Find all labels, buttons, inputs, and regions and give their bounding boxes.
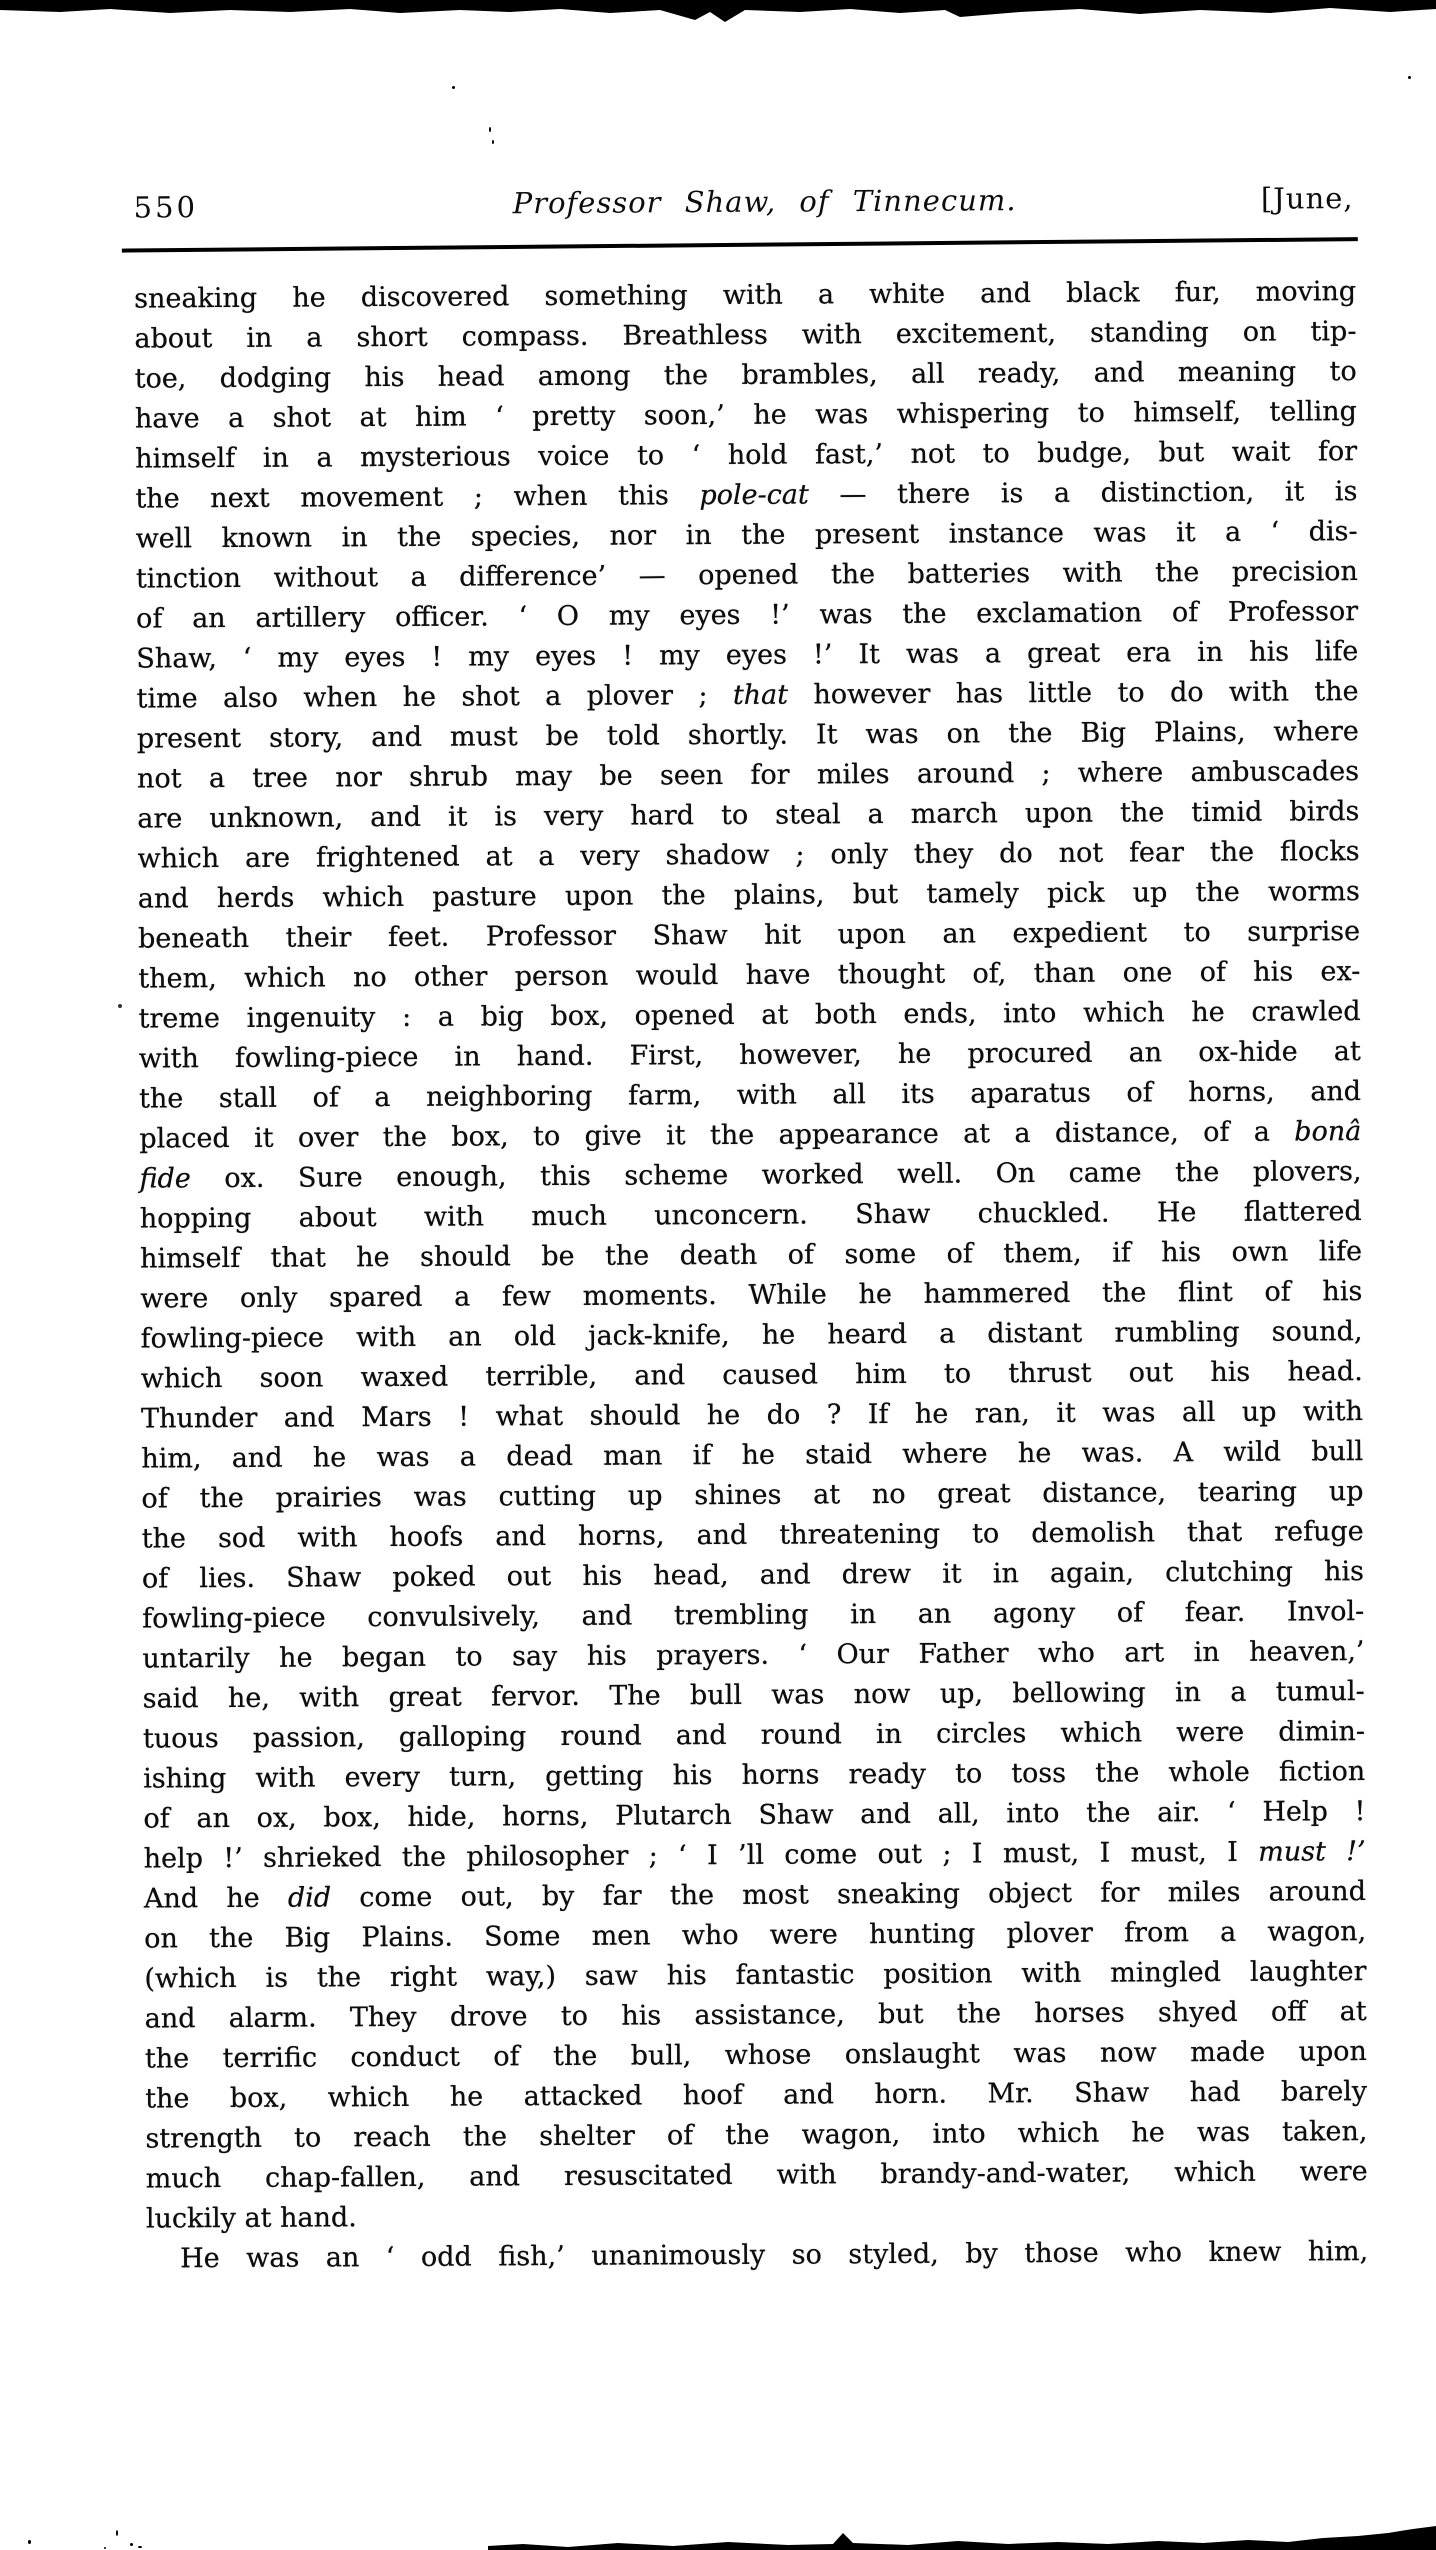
text-segment: were only spared a few moments. While he… [140,1276,1362,1314]
italic-text-segment: must !’ [1258,1836,1366,1868]
text-segment: of lies. Shaw poked out his head, and dr… [142,1556,1364,1594]
text-segment: And he [144,1883,288,1915]
text-segment: fowling-piece convulsively, and tremblin… [142,1596,1364,1634]
text-segment: sneaking he discovered something with a … [134,276,1356,314]
issue-date-label: [June, [1261,180,1354,217]
scan-speck [116,2530,118,2536]
page-header: 550 Professor Shaw, of Tinnecum. [June, [133,180,1355,227]
italic-text-segment: that [733,680,788,711]
text-segment: ishing with every turn, getting his horn… [143,1756,1365,1794]
text-segment: said he, with great fervor. The bull was… [143,1676,1365,1714]
text-segment: the terrific conduct of the bull, whose … [145,2036,1367,2074]
text-segment: beneath their feet. Professor Shaw hit u… [138,916,1360,954]
text-segment: tinction without a difference’ — opened … [136,556,1358,594]
text-segment: them, which no other person would have t… [138,956,1360,994]
text-segment: him, and he was a dead man if he staid w… [141,1436,1363,1474]
text-segment: and herds which pasture upon the plains,… [138,876,1360,914]
text-segment: He was an ‘ odd fish,’ unanimously so st… [180,2236,1368,2274]
scan-speck [489,127,491,132]
text-segment: treme ingenuity : a big box, opened at b… [138,996,1360,1034]
text-segment: Thunder and Mars ! what should he do ? I… [141,1396,1363,1434]
scan-speck [1408,76,1411,79]
text-segment: toe, dodging his head among the brambles… [135,356,1357,394]
text-segment: which are frightened at a very shadow ; … [138,836,1360,874]
text-segment: with fowling-piece in hand. First, howev… [139,1036,1361,1074]
text-segment: the sod with hoofs and horns, and threat… [142,1516,1364,1554]
text-segment: the stall of a neighboring farm, with al… [139,1076,1361,1114]
text-segment: help !’ shrieked the philosopher ; ‘ I ’… [144,1837,1259,1875]
text-segment: which soon waxed terrible, and caused hi… [141,1356,1363,1394]
text-segment: much chap-fallen, and resuscitated with … [146,2156,1368,2194]
text-segment: tuous passion, galloping round and round… [143,1716,1365,1754]
text-segment: the box, which he attacked hoof and horn… [145,2076,1367,2114]
italic-text-segment: pole-cat [699,479,809,511]
scan-speck [104,2547,106,2549]
italic-text-segment: fide [139,1163,190,1194]
text-segment: are unknown, and it is very hard to stea… [137,796,1359,834]
text-segment: of an ox, box, hide, horns, Plutarch Sha… [143,1796,1365,1834]
text-segment: himself in a mysterious voice to ‘ hold … [135,436,1357,474]
text-segment: luckily at hand. [146,2202,357,2234]
scan-speck [492,140,494,144]
text-segment: strength to reach the shelter of the wag… [145,2116,1367,2154]
page-content: 550 Professor Shaw, of Tinnecum. [June, … [0,0,1436,2550]
text-segment: (which is the right way,) saw his fantas… [144,1956,1366,1994]
text-segment: come out, by far the most sneaking objec… [331,1876,1366,1913]
running-title: Professor Shaw, of Tinnecum. [153,180,1375,223]
text-segment: well known in the species, nor in the pr… [136,516,1358,554]
body-text: sneaking he discovered something with a … [134,272,1368,2279]
text-segment: present story, and must be told shortly.… [137,716,1359,754]
body-line: much chap-fallen, and resuscitated with … [146,2152,1368,2199]
text-segment: — there is a distinction, it is [809,476,1358,510]
text-segment: Shaw, ‘ my eyes ! my eyes ! my eyes !’ I… [136,636,1358,674]
text-segment: fowling-piece with an old jack-knife, he… [140,1316,1362,1354]
text-segment: on the Big Plains. Some men who were hun… [144,1916,1366,1954]
text-segment: the next movement ; when this [135,480,699,514]
scan-speck [130,2543,133,2546]
text-segment: ox. Sure enough, this scheme worked well… [191,1156,1362,1194]
header-rule [122,237,1358,252]
text-segment: about in a short compass. Breathless wit… [134,316,1356,354]
text-segment: untarily he began to say his prayers. ‘ … [142,1636,1364,1674]
text-segment: however has little to do with the [788,676,1359,710]
text-segment: placed it over the box, to give it the a… [139,1116,1294,1154]
italic-text-segment: did [288,1882,331,1913]
scan-speck [138,2546,142,2548]
italic-text-segment: bonâ [1294,1116,1361,1147]
text-segment: have a shot at him ‘ pretty soon,’ he wa… [135,396,1357,434]
text-segment: not a tree nor shrub may be seen for mil… [137,756,1359,794]
scan-speck [28,2540,31,2544]
scan-speck [452,86,455,89]
body-line: He was an ‘ odd fish,’ unanimously so st… [146,2232,1368,2279]
text-segment: and alarm. They drove to his assistance,… [145,1996,1367,2034]
text-segment: hopping about with much unconcern. Shaw … [140,1196,1362,1234]
text-segment: himself that he should be the death of s… [140,1236,1362,1274]
text-segment: time also when he shot a plover ; [137,680,733,715]
text-segment: of an artillery officer. ‘ O my eyes !’ … [136,596,1358,634]
scanned-book-page: 550 Professor Shaw, of Tinnecum. [June, … [0,0,1436,2550]
text-segment: of the prairies was cutting up shines at… [141,1476,1363,1514]
scan-speck [118,1004,122,1008]
